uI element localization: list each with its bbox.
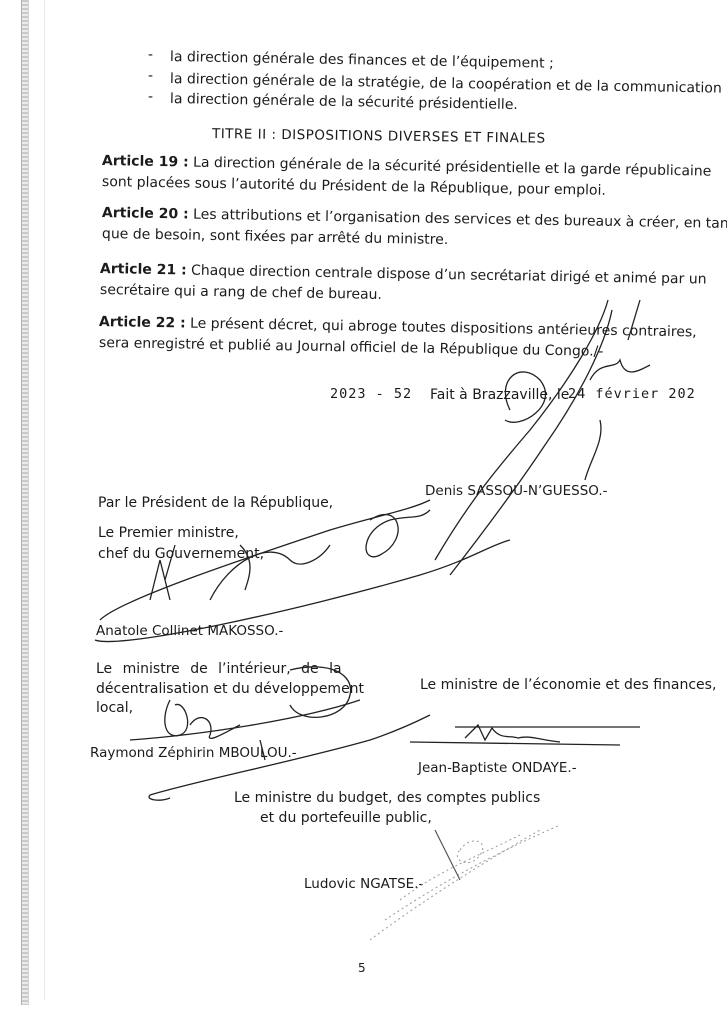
- article-text: Le présent décret, qui abroge toutes dis…: [190, 316, 697, 341]
- budget-name: Ludovic NGATSE.-: [304, 876, 423, 892]
- page-number: 5: [358, 961, 366, 975]
- economy-signature-icon: [410, 725, 640, 745]
- budget-title: Le ministre du budget, des comptes publi…: [234, 790, 540, 806]
- list-item: la direction générale de la sécurité pré…: [170, 91, 518, 113]
- section-title: TITRE II : DISPOSITIONS DIVERSES ET FINA…: [212, 126, 546, 147]
- decree-number: 2023 - 52: [330, 386, 412, 402]
- scan-margin-line: [44, 0, 45, 1000]
- economy-title: Le ministre de l’économie et des finance…: [420, 677, 716, 693]
- pm-signature-icon: [95, 500, 510, 642]
- list-item: la direction générale des finances et de…: [170, 49, 554, 72]
- article-text: Chaque direction centrale dispose d’un s…: [191, 263, 707, 288]
- list-bullet: -: [148, 89, 153, 105]
- article-text: sera enregistré et publié au Journal off…: [99, 335, 604, 360]
- article-text: La direction générale de la sécurité pré…: [193, 155, 712, 180]
- interior-title: local,: [96, 700, 133, 716]
- article-text: que de besoin, sont fixées par arrêté du…: [102, 226, 449, 248]
- article-text: secrétaire qui a rang de chef de bureau.: [100, 282, 382, 303]
- document-page: - la direction générale des finances et …: [0, 0, 727, 1028]
- list-bullet: -: [148, 68, 153, 84]
- date-stamp: 24 février 202: [568, 386, 696, 402]
- article-text: sont placées sous l’autorité du Présiden…: [102, 174, 606, 199]
- place-date: Fait à Brazzaville, le: [430, 387, 569, 403]
- budget-title: et du portefeuille public,: [260, 810, 432, 826]
- article-label: Article 20 :: [102, 205, 189, 223]
- interior-title: Le ministre de l’intérieur, de la: [96, 661, 342, 677]
- pm-title: chef du Gouvernement,: [98, 546, 264, 562]
- pm-title: Le Premier ministre,: [98, 525, 239, 541]
- president-name: Denis SASSOU-N’GUESSO.-: [425, 483, 608, 499]
- economy-name: Jean-Baptiste ONDAYE.-: [418, 760, 577, 776]
- interior-name: Raymond Zéphirin MBOULOU.-: [90, 745, 297, 761]
- article-label: Article 21 :: [100, 261, 187, 279]
- article-label: Article 19 :: [102, 153, 189, 171]
- article-label: Article 22 :: [99, 314, 186, 332]
- by-president-label: Par le Président de la République,: [98, 495, 333, 511]
- list-bullet: -: [148, 47, 153, 63]
- pm-name: Anatole Collinet MAKOSSO.-: [96, 623, 283, 639]
- interior-title: décentralisation et du développement: [96, 681, 364, 697]
- scan-binding-edge: [21, 0, 29, 1005]
